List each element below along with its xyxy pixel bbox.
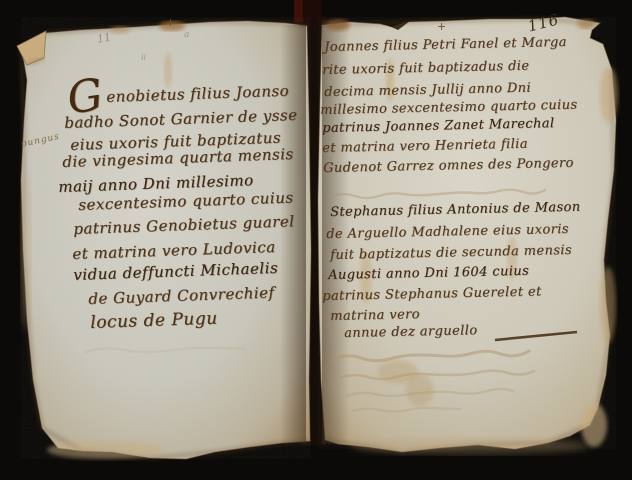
right-page-line: de Arguello Madhalene eius uxoris (326, 222, 569, 242)
right-page-line: decima mensis Jullij anno Dni (324, 81, 531, 100)
right-page-line: patrinus Joannes Zanet Marechal (322, 116, 555, 136)
manuscript-photo: 116 + + 11 a ii pungus G enobietus filiu… (0, 0, 632, 480)
pencil-mark: 11 (96, 31, 112, 46)
cross-mark-left: + (166, 16, 175, 29)
left-page-line: locus de Pugu (90, 309, 218, 333)
right-page-line: Joannes filius Petri Fanel et Marga (324, 35, 567, 55)
left-page-line: enobietus filius Joanso (106, 82, 289, 106)
left-page-line: vidua deffuncti Michaelis (73, 259, 278, 284)
left-page-line: patrinus Genobietus guarel (73, 212, 295, 238)
right-page-line: et matrina vero Henrieta filia (322, 137, 528, 156)
left-page-line: de Guyard Convrechief (88, 283, 275, 307)
right-page-line: annue dez arguello (344, 323, 478, 341)
margin-note: pungus (20, 132, 61, 150)
right-page-line: patrinus Stephanus Guerelet et (322, 284, 542, 304)
right-page-line: Gudenot Garrez omnes des Pongero (323, 156, 574, 176)
right-page-line: matrina vero (330, 307, 420, 324)
pencil-mark: ii (141, 53, 146, 62)
right-page-line: millesimo sexcentesimo quarto cuius (320, 98, 578, 118)
right-page-line: Stephanus filius Antonius de Mason (330, 200, 581, 220)
pencil-mark: a (184, 30, 189, 40)
right-page-line: fuit baptizatus die secunda mensis (330, 243, 572, 263)
handwriting-layer: 116 + + 11 a ii pungus G enobietus filiu… (0, 0, 632, 480)
folio-number: 116 (526, 10, 561, 35)
right-page-line: Augusti anno Dni 1604 cuius (328, 264, 529, 283)
cross-mark-right: + (437, 20, 446, 33)
right-page-line: rite uxoris fuit baptizadus die (322, 59, 530, 78)
